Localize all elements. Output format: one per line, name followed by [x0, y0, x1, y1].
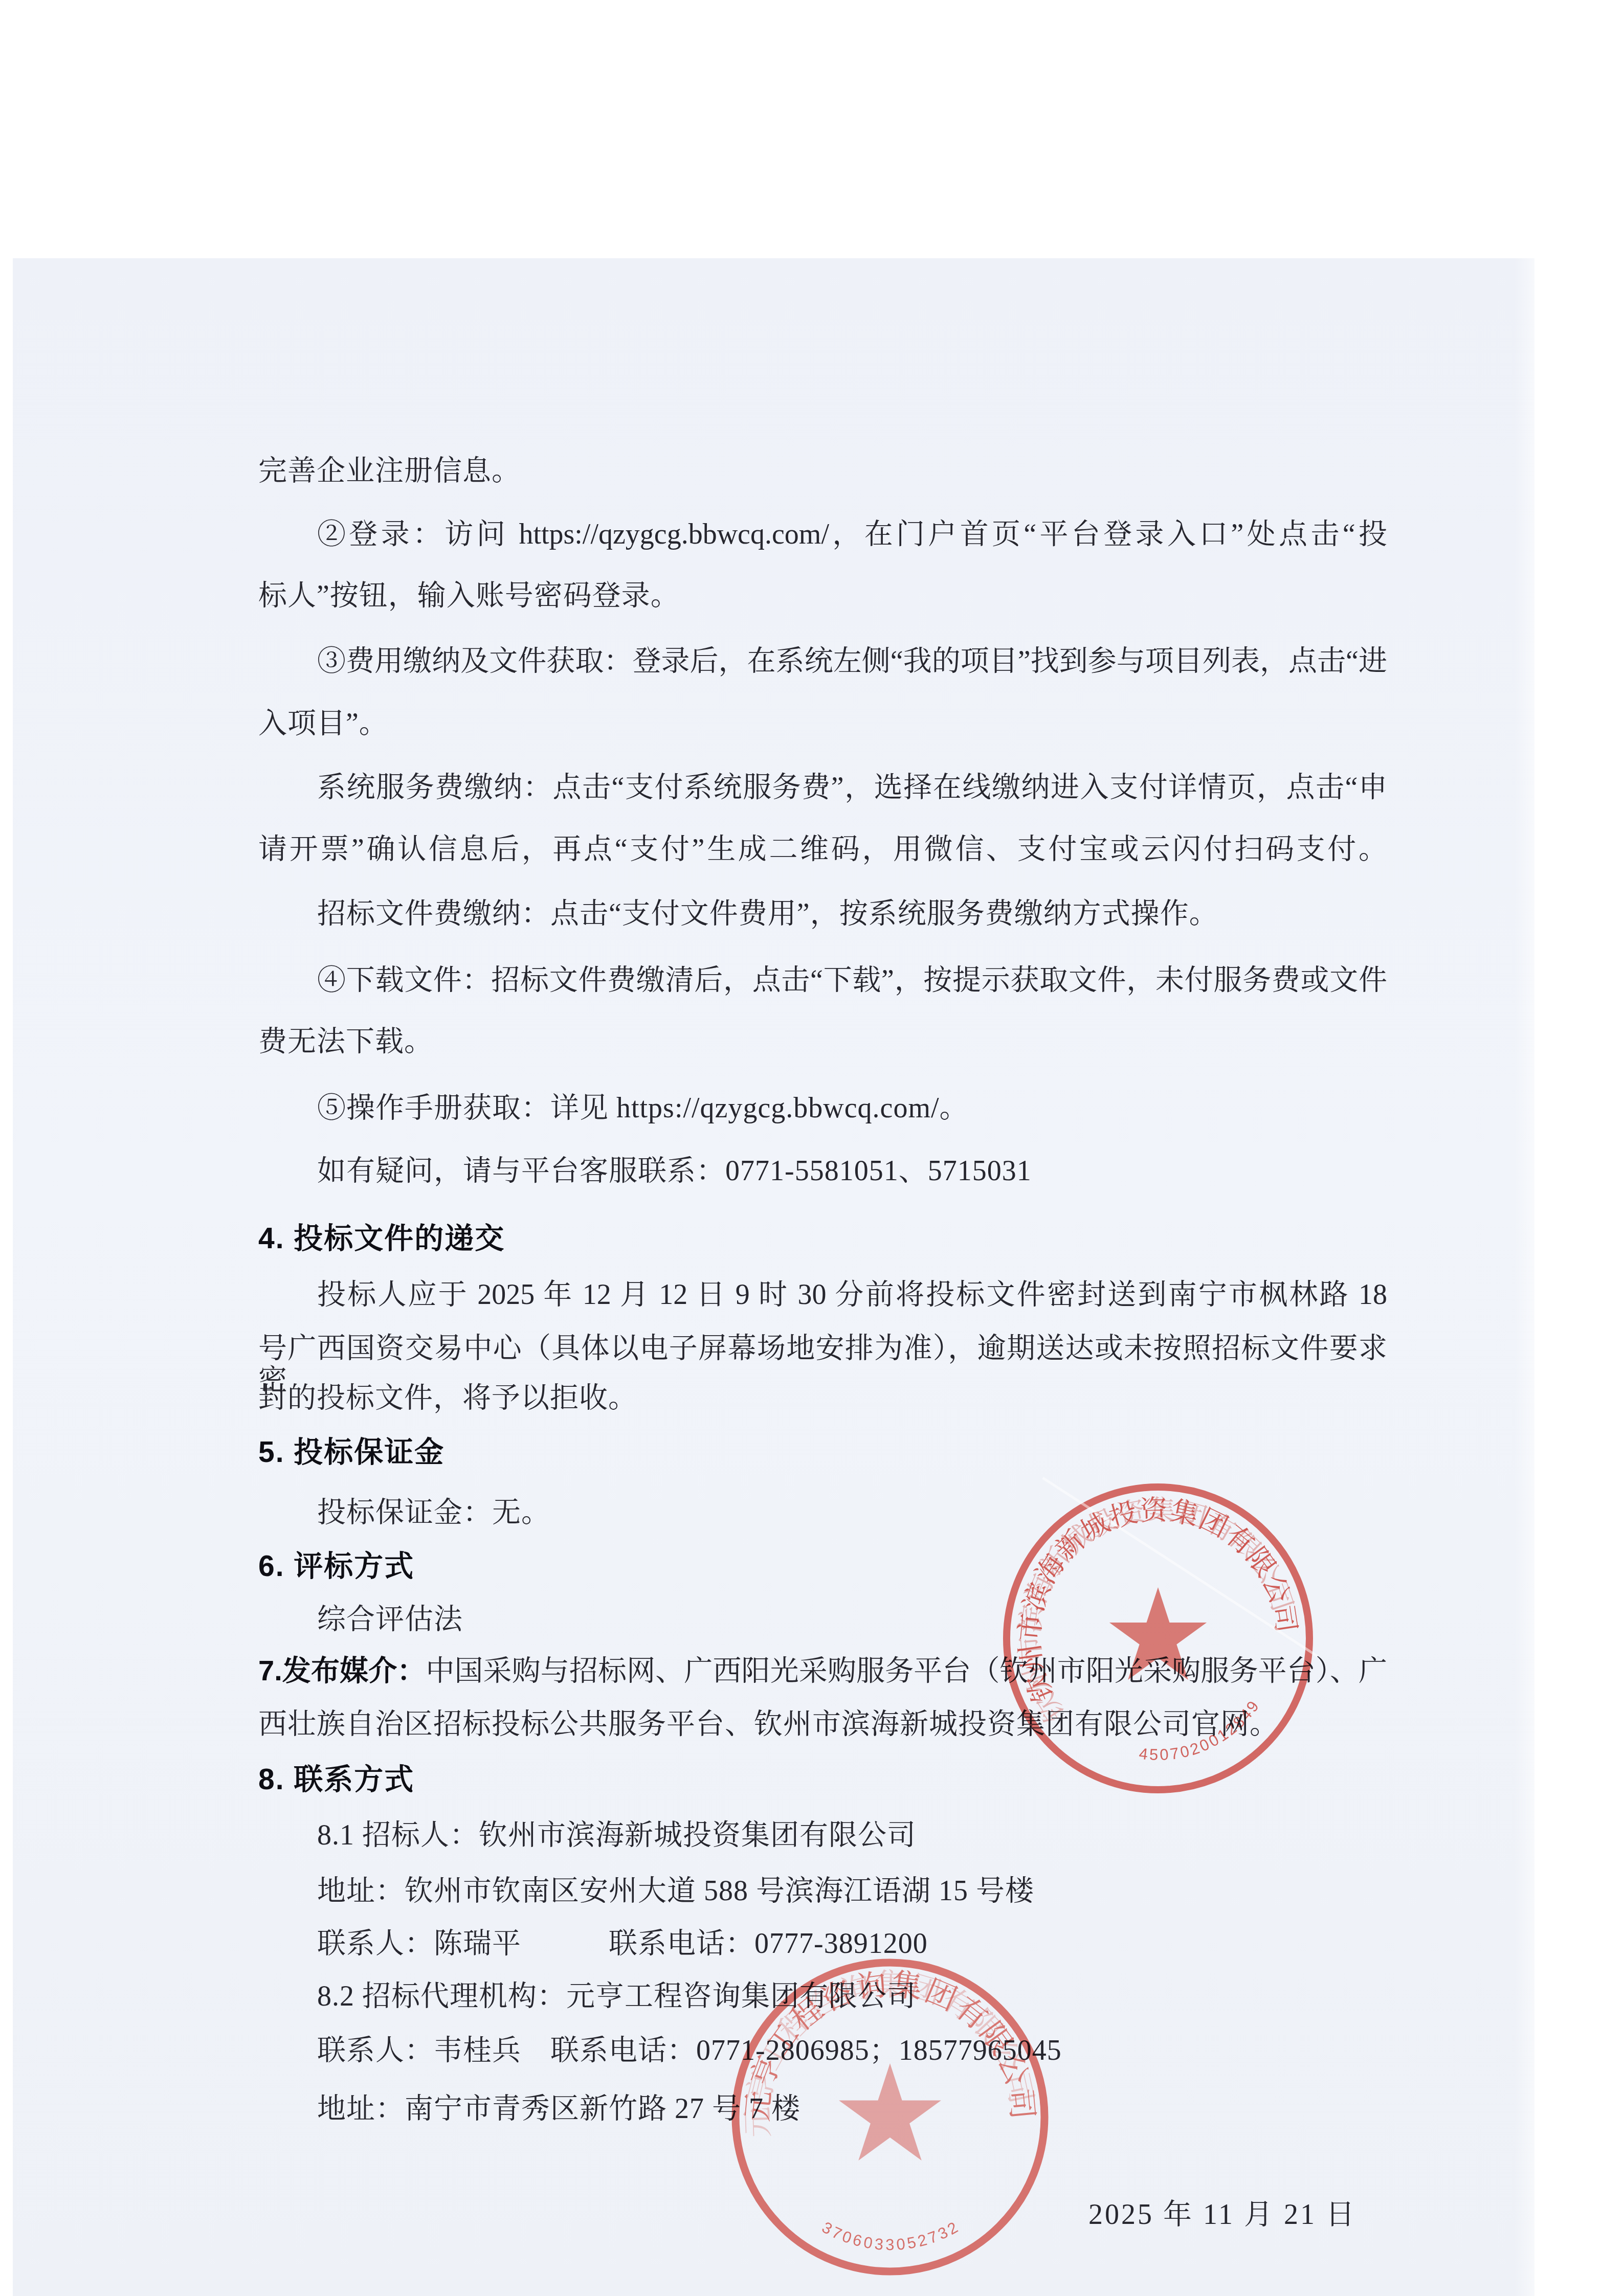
doc-line: 请开票”确认信息后，再点“支付”生成二维码，用微信、支付宝或云闪付扫码支付。	[258, 834, 1387, 865]
paper-edge-fade	[1514, 258, 1560, 2296]
seal-ghost-arc-text: 钦州市滨海新城投资集团有限公司	[994, 1475, 1311, 1730]
doc-line: 8.1 招标人：钦州市滨海新城投资集团有限公司	[317, 1819, 916, 1851]
doc-line: 地址：钦州市钦南区安州大道 588 号滨海江语湖 15 号楼	[317, 1875, 1034, 1907]
doc-line: ②登录：访问 https://qzygcg.bbwcq.com/，在门户首页“平…	[317, 519, 1387, 550]
doc-line: 费无法下载。	[258, 1026, 433, 1057]
star-icon	[1109, 1587, 1207, 1680]
doc-line: ⑤操作手册获取：详见 https://qzygcg.bbwcq.com/。	[317, 1092, 969, 1124]
scanned-document-page: 完善企业注册信息。 ②登录：访问 https://qzygcg.bbwcq.co…	[0, 0, 1624, 2296]
section-heading-8: 8. 联系方式	[258, 1764, 414, 1795]
doc-line: ③费用缴纳及文件获取：登录后，在系统左侧“我的项目”找到参与项目列表，点击“进	[317, 645, 1387, 677]
doc-line: 投标保证金：无。	[317, 1497, 550, 1528]
company-seal-owner: 钦州市滨海新城投资集团有限公司 钦州市滨海新城投资集团有限公司 45070200…	[994, 1475, 1322, 1802]
seal-number: 4507020012849	[1138, 1696, 1263, 1764]
doc-line: 入项目”。	[258, 708, 388, 739]
section-heading-5: 5. 投标保证金	[258, 1436, 444, 1468]
section-heading-7: 7.发布媒介：	[258, 1654, 426, 1686]
doc-line: 标人”按钮，输入账号密码登录。	[258, 580, 680, 612]
star-icon	[839, 2063, 941, 2160]
doc-line: ④下载文件：招标文件费缴清后，点击“下载”，按提示获取文件，未付服务费或文件	[317, 964, 1387, 996]
doc-line: 投标人应于 2025 年 12 月 12 日 9 时 30 分前将投标文件密封送…	[317, 1279, 1387, 1311]
section-heading-4: 4. 投标文件的递交	[258, 1223, 505, 1254]
doc-line: 封的投标文件，将予以拒收。	[258, 1382, 637, 1414]
doc-line: 如有疑问，请与平台客服联系：0771-5581051、5715031	[317, 1155, 1032, 1187]
doc-line: 综合评估法	[317, 1604, 463, 1635]
doc-line: 招标文件费缴纳：点击“支付文件费用”，按系统服务费缴纳方式操作。	[317, 898, 1218, 930]
doc-line: 完善企业注册信息。	[258, 455, 521, 487]
seal-number: 3706033052732	[819, 2217, 963, 2254]
doc-line: 系统服务费缴纳：点击“支付系统服务费”，选择在线缴纳进入支付详情页，点击“申	[317, 772, 1387, 803]
date: 2025 年 11 月 21 日	[1088, 2199, 1356, 2231]
section-heading-6: 6. 评标方式	[258, 1550, 414, 1582]
company-seal-agency: 元亨工程咨询集团有限公司 元亨工程咨询集团有限公司 3706033052732	[726, 1953, 1054, 2281]
